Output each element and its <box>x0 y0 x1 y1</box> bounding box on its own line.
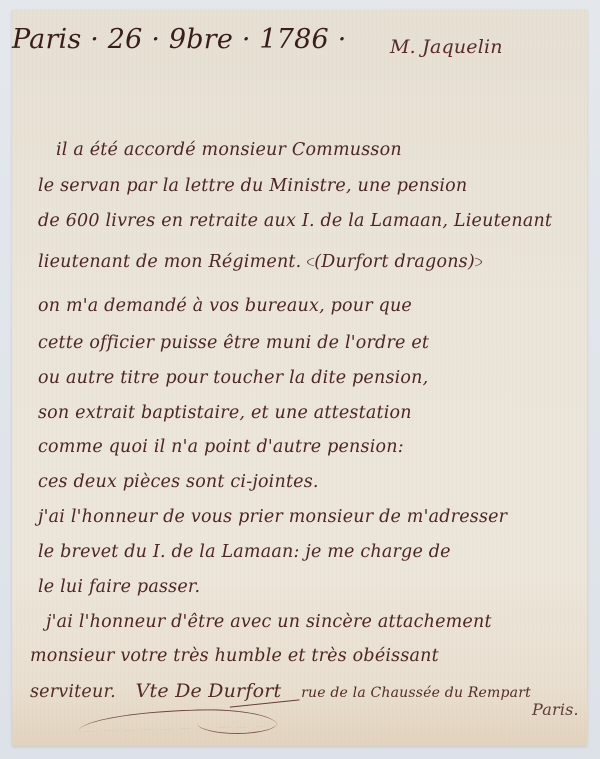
letter-sheet: Paris · 26 · 9bre · 1786 · M. Jaquelin i… <box>12 10 587 746</box>
closing-line: serviteur. Vte De Durfort rue de la Chau… <box>30 680 531 702</box>
body-line: comme quoi il n'a point d'autre pension: <box>38 437 404 457</box>
body-line-text: lieutenant de mon Régiment. <box>38 252 301 272</box>
recipient-note: M. Jaquelin <box>390 36 503 58</box>
body-line: monsieur votre très humble et très obéis… <box>30 646 439 666</box>
body-line: le lui faire passer. <box>38 577 200 597</box>
body-line: lieutenant de mon Régiment. (Durfort dra… <box>38 252 482 272</box>
address-city: Paris. <box>532 700 579 719</box>
body-line: il a été accordé monsieur Commusson <box>56 140 402 160</box>
body-line: ou autre titre pour toucher la dite pens… <box>38 368 428 388</box>
body-line: de 600 livres en retraite aux I. de la L… <box>38 211 552 231</box>
signature-flourish-tail <box>197 723 277 734</box>
regiment-parenthetical: (Durfort dragons) <box>307 251 482 273</box>
body-line: on m'a demandé à vos bureaux, pour que <box>38 296 412 316</box>
body-line: cette officier puisse être muni de l'ord… <box>38 333 429 353</box>
body-line: le brevet du I. de la Lamaan: je me char… <box>38 542 451 562</box>
closing-word: serviteur. <box>30 682 116 702</box>
body-line: j'ai l'honneur de vous prier monsieur de… <box>38 507 507 527</box>
body-line: son extrait baptistaire, et une attestat… <box>38 403 412 423</box>
address-note: rue de la Chaussée du Rempart <box>301 685 531 701</box>
dateline: Paris · 26 · 9bre · 1786 · <box>12 24 346 55</box>
body-line: le servan par la lettre du Ministre, une… <box>38 176 467 196</box>
body-line: ces deux pièces sont ci-jointes. <box>38 472 319 492</box>
signature: Vte De Durfort <box>136 680 282 702</box>
body-line: j'ai l'honneur d'être avec un sincère at… <box>46 612 492 632</box>
photo-background: Paris · 26 · 9bre · 1786 · M. Jaquelin i… <box>0 0 600 759</box>
